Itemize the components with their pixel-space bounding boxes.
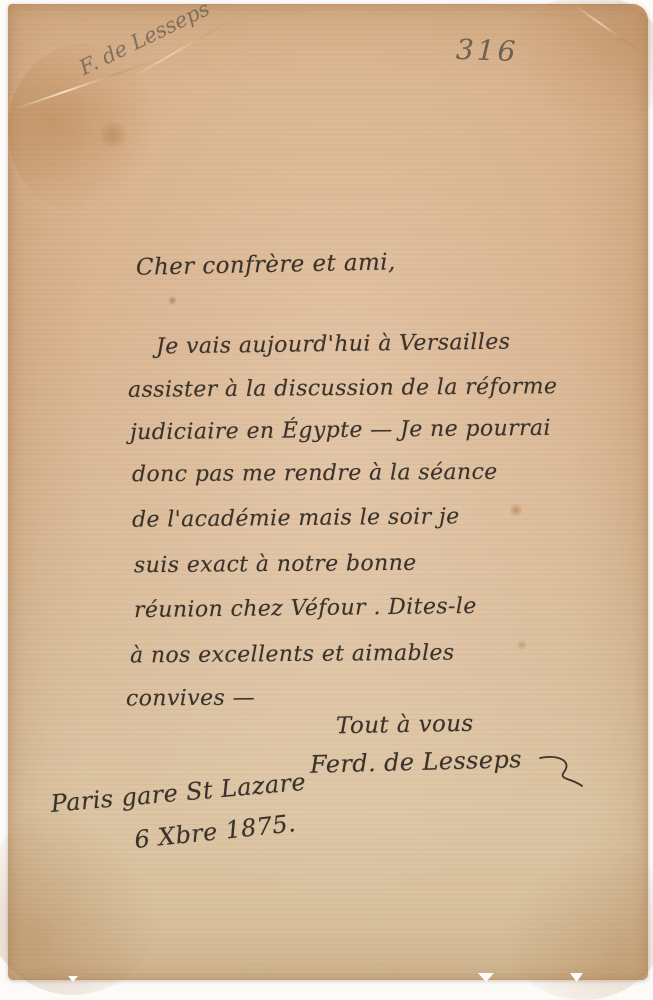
foxing-spot	[508, 504, 524, 516]
aging-patch	[508, 0, 653, 134]
closing-line: Tout à vous	[336, 711, 474, 739]
body-line: suis exact à notre bonne	[134, 551, 417, 578]
signature-paraph	[538, 752, 588, 792]
foxing-spot	[96, 122, 130, 148]
crease-line	[574, 4, 649, 57]
bottom-edge-notch	[570, 973, 583, 982]
letter-paper: F. de Lesseps 316 Cher confrère et ami, …	[8, 4, 648, 980]
foxing-spot	[168, 296, 177, 305]
body-line: réunion chez Véfour . Dites-le	[134, 594, 477, 623]
body-line: assister à la discussion de la réforme	[128, 374, 558, 403]
bottom-edge-notch	[68, 976, 78, 982]
bottom-edge-notch	[478, 973, 494, 982]
body-line: donc pas me rendre à la séance	[132, 460, 498, 488]
scan-background: F. de Lesseps 316 Cher confrère et ami, …	[0, 0, 653, 1000]
date-line: 6 Xbre 1875.	[133, 809, 297, 854]
body-line: judiciaire en Égypte — Je ne pourrai	[130, 416, 551, 445]
body-line: convives —	[126, 686, 255, 712]
pencil-attribution: F. de Lesseps	[75, 0, 213, 80]
foxing-spot	[516, 640, 528, 650]
body-line: de l'académie mais le soir je	[132, 504, 460, 532]
signature: Ferd. de Lesseps	[310, 745, 523, 779]
body-line: à nos excellents et aimables	[130, 641, 455, 669]
salutation-line: Cher confrère et ami,	[136, 249, 396, 280]
body-line: Je vais aujourd'hui à Versailles	[156, 330, 511, 360]
place-line: Paris gare St Lazare	[50, 768, 308, 818]
pencil-number: 316	[455, 33, 519, 68]
